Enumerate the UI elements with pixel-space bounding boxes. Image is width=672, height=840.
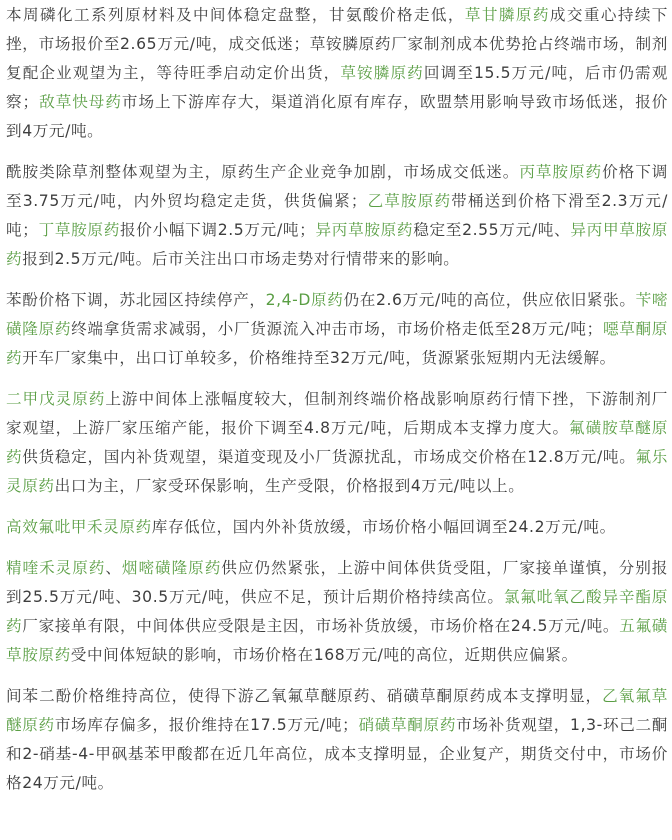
text-span: 供货稳定，国内补货观望，渠道变现及小厂货源扰乱，市场成交价格在12.8万元/吨。 xyxy=(22,448,635,466)
product-highlight: 硝磺草酮原药 xyxy=(358,716,456,734)
text-span: 、 xyxy=(105,559,122,577)
article-body: 本周磷化工系列原材料及中间体稳定盘整，甘氨酸价格走低，草甘膦原药成交重心持续下挫… xyxy=(0,0,672,798)
text-span: 间苯二酚价格维持高位，使得下游乙氧氟草醚原药、硝磺草酮原药成本支撑明显， xyxy=(6,687,602,705)
text-span: 厂家接单有限，中间体供应受限是主因，市场补货放缓，市场价格在24.5万元/吨。 xyxy=(22,617,619,635)
product-highlight: 乙草胺原药 xyxy=(367,192,451,210)
text-span: 报到2.5万元/吨。后市关注出口市场走势对行情带来的影响。 xyxy=(22,250,459,268)
text-span: 市场库存偏多，报价维持在17.5万元/吨； xyxy=(55,716,359,734)
product-highlight: 烟嘧磺隆原药 xyxy=(122,559,221,577)
product-highlight: 二甲戊灵原药 xyxy=(6,390,105,408)
paragraph-phosphorus-herbicides: 本周磷化工系列原材料及中间体稳定盘整，甘氨酸价格走低，草甘膦原药成交重心持续下挫… xyxy=(6,1,668,146)
text-span: 开车厂家集中，出口订单较多，价格维持至32万元/吨，货源紧张短期内无法缓解。 xyxy=(22,349,616,367)
paragraph-pendimethalin: 二甲戊灵原药上游中间体上涨幅度较大，但制剂终端价格战影响原药行情下挫，下游制剂厂… xyxy=(6,385,668,501)
text-span: 出口为主，厂家受环保影响，生产受限，价格报到4万元/吨以上。 xyxy=(55,477,525,495)
text-span: 终端拿货需求减弱，小厂货源流入冲击市场，市场价格走低至28万元/吨； xyxy=(71,320,603,338)
text-span: 苯酚价格下调，苏北园区持续停产， xyxy=(6,291,266,309)
paragraph-haloxyfop: 高效氟吡甲禾灵原药库存低位，国内外补货放缓，市场价格小幅回调至24.2万元/吨。 xyxy=(6,513,668,542)
product-highlight: 丁草胺原药 xyxy=(38,221,120,239)
text-span: 受中间体短缺的影响，市场价格在168万元/吨的高位，近期供应偏紧。 xyxy=(71,646,578,664)
product-highlight: 异丙草胺原药 xyxy=(315,221,413,239)
text-span: 仍在2.6万元/吨的高位，供应依旧紧张。 xyxy=(344,291,636,309)
product-highlight: 草铵膦原药 xyxy=(340,64,424,82)
paragraph-phenol-herbicides: 苯酚价格下调，苏北园区持续停产，2,4-D原药仍在2.6万元/吨的高位，供应依旧… xyxy=(6,286,668,373)
product-highlight: 草甘膦原药 xyxy=(465,6,550,24)
product-highlight: 2,4-D原药 xyxy=(266,291,344,309)
paragraph-amide-herbicides: 酰胺类除草剂整体观望为主，原药生产企业竞争加剧，市场成交低迷。丙草胺原药价格下调… xyxy=(6,158,668,274)
text-span: 本周磷化工系列原材料及中间体稳定盘整，甘氨酸价格走低， xyxy=(6,6,465,24)
product-highlight: 高效氟吡甲禾灵原药 xyxy=(6,518,152,536)
text-span: 稳定至2.55万元/吨、 xyxy=(413,221,570,239)
text-span: 酰胺类除草剂整体观望为主，原药生产企业竞争加剧，市场成交低迷。 xyxy=(6,163,519,181)
text-span: 报价小幅下调2.5万元/吨； xyxy=(120,221,315,239)
product-highlight: 丙草胺原药 xyxy=(519,163,602,181)
paragraph-quizalofop: 精喹禾灵原药、烟嘧磺隆原药供应仍然紧张，上游中间体供货受阻，厂家接单谨慎，分别报… xyxy=(6,554,668,670)
paragraph-resorcinol: 间苯二酚价格维持高位，使得下游乙氧氟草醚原药、硝磺草酮原药成本支撑明显，乙氧氟草… xyxy=(6,682,668,798)
product-highlight: 精喹禾灵原药 xyxy=(6,559,105,577)
text-span: 库存低位，国内外补货放缓，市场价格小幅回调至24.2万元/吨。 xyxy=(152,518,616,536)
product-highlight: 敌草快母药 xyxy=(39,93,122,111)
